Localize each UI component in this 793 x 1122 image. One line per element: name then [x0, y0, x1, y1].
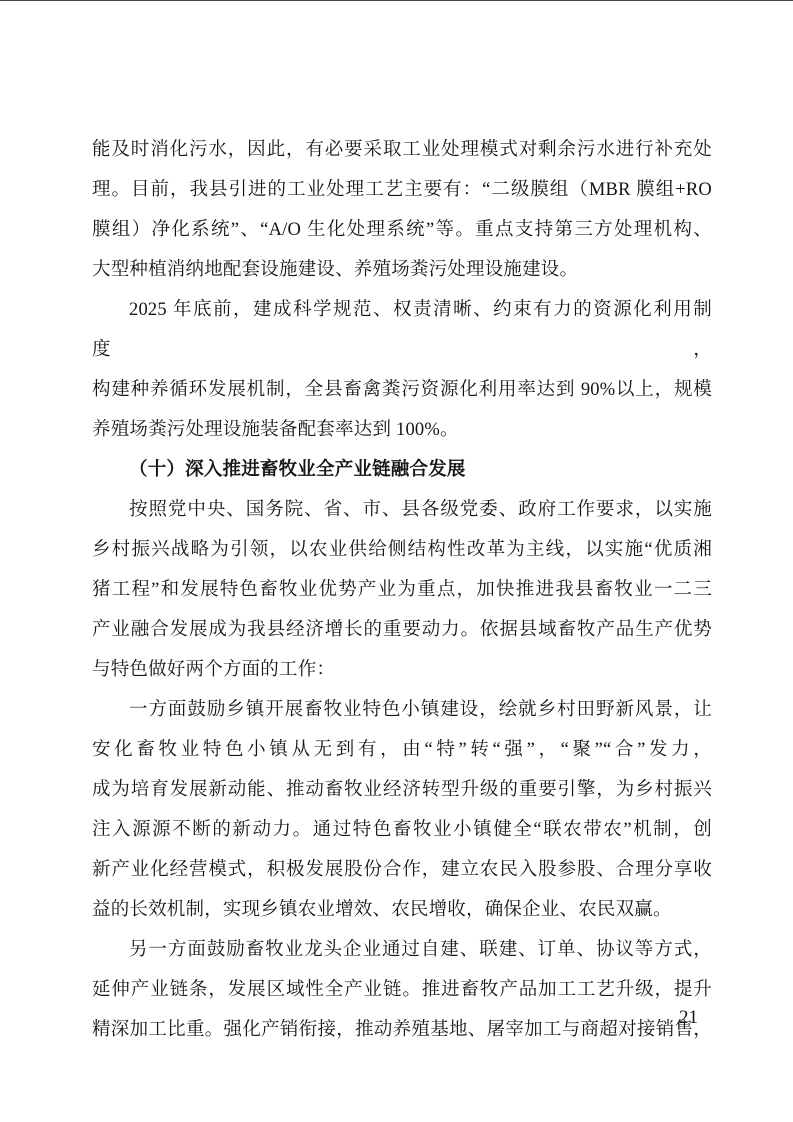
text-line: 乡村振兴战略为引领，以农业供给侧结构性改革为主线，以实施“优质湘	[92, 530, 712, 570]
text-line: 养殖场粪污处理设施装备配套率达到 100%。	[92, 410, 712, 450]
text-line: 理。目前，我县引进的工业处理工艺主要有：“二级膜组（MBR 膜组+RO	[92, 170, 712, 210]
page-top-edge	[0, 0, 793, 1]
text-line: 产业融合发展成为我县经济增长的重要动力。依据县域畜牧产品生产优势	[92, 610, 712, 650]
text-line: 注入源源不断的新动力。通过特色畜牧业小镇健全“联农带农”机制，创	[92, 810, 712, 850]
section-heading-ten: （十）深入推进畜牧业全产业链融合发展	[92, 450, 712, 490]
text-line: 安化畜牧业特色小镇从无到有，由“特”转“强”，“聚”“合”发力，	[92, 730, 712, 770]
text-line: 2025 年底前，建成科学规范、权责清晰、约束有力的资源化利用制度，	[92, 290, 712, 370]
text-line: 大型种植消纳地配套设施建设、养殖场粪污处理设施建设。	[92, 250, 712, 290]
text-line: 与特色做好两个方面的工作：	[92, 650, 712, 690]
text-line: 一方面鼓励乡镇开展畜牧业特色小镇建设，绘就乡村田野新风景，让	[92, 690, 712, 730]
text-line: 新产业化经营模式，积极发展股份合作，建立农民入股参股、合理分享收	[92, 850, 712, 890]
text-line: （十）深入推进畜牧业全产业链融合发展	[92, 450, 712, 490]
text-line: 构建种养循环发展机制，全县畜禽粪污资源化利用率达到 90%以上，规模	[92, 370, 712, 410]
paragraph-policy-guidance: 按照党中央、国务院、省、市、县各级党委、政府工作要求，以实施乡村振兴战略为引领，…	[92, 490, 712, 690]
text-line: 成为培育发展新动能、推动畜牧业经济转型升级的重要引擎，为乡村振兴	[92, 770, 712, 810]
text-line: 益的长效机制，实现乡镇农业增效、农民增收，确保企业、农民双赢。	[92, 890, 712, 930]
paragraph-industrial-treatment: 能及时消化污水，因此，有必要采取工业处理模式对剩余污水进行补充处理。目前，我县引…	[92, 130, 712, 290]
page-number: 21	[679, 1004, 698, 1032]
text-line: 另一方面鼓励畜牧业龙头企业通过自建、联建、订单、协议等方式，	[92, 930, 712, 970]
text-line: 猪工程”和发展特色畜牧业优势产业为重点，加快推进我县畜牧业一二三	[92, 570, 712, 610]
paragraph-2025-targets: 2025 年底前，建成科学规范、权责清晰、约束有力的资源化利用制度，构建种养循环…	[92, 290, 712, 450]
document-body: 能及时消化污水，因此，有必要采取工业处理模式对剩余污水进行补充处理。目前，我县引…	[92, 130, 712, 1050]
text-line: 膜组）净化系统”、“A/O 生化处理系统”等。重点支持第三方处理机构、	[92, 210, 712, 250]
paragraph-characteristic-towns: 一方面鼓励乡镇开展畜牧业特色小镇建设，绘就乡村田野新风景，让安化畜牧业特色小镇从…	[92, 690, 712, 930]
text-line: 能及时消化污水，因此，有必要采取工业处理模式对剩余污水进行补充处	[92, 130, 712, 170]
text-line: 精深加工比重。强化产销衔接，推动养殖基地、屠宰加工与商超对接销售，	[92, 1010, 712, 1050]
text-line: 按照党中央、国务院、省、市、县各级党委、政府工作要求，以实施	[92, 490, 712, 530]
document-page: 能及时消化污水，因此，有必要采取工业处理模式对剩余污水进行补充处理。目前，我县引…	[0, 0, 793, 1122]
text-line: 延伸产业链条，发展区域性全产业链。推进畜牧产品加工工艺升级，提升	[92, 970, 712, 1010]
paragraph-leading-enterprises: 另一方面鼓励畜牧业龙头企业通过自建、联建、订单、协议等方式，延伸产业链条，发展区…	[92, 930, 712, 1050]
